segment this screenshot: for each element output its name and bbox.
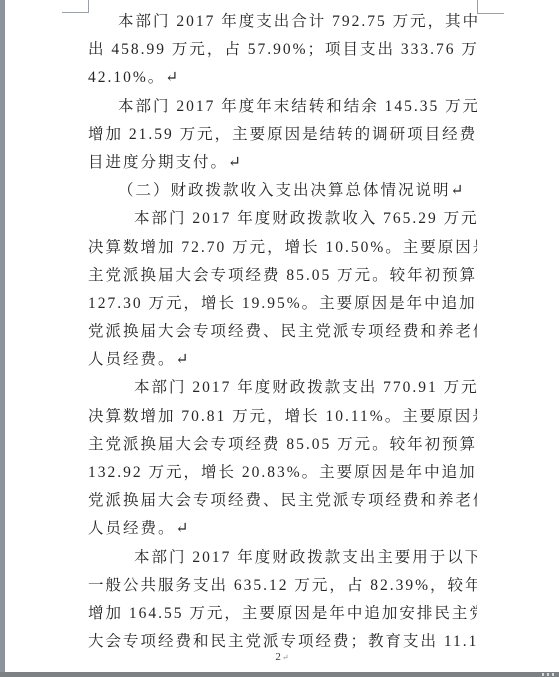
text-line: 增加 21.59 万元，主要原因是结转的调研项目经费按调研项 [88, 121, 477, 149]
section-heading: （二）财政拨款收入支出决算总体情况说明↵ [88, 177, 477, 205]
text-line: 42.10%。↵ [88, 64, 477, 92]
text-line: 本部门 2017 年度支出合计 792.75 万元，其中：基本支 [88, 8, 477, 36]
document-window: 本部门 2017 年度支出合计 792.75 万元，其中：基本支 出 458.9… [0, 0, 559, 677]
text-line: 增加 164.55 万元，主要原因是年中追加安排民主党派换届 [88, 600, 477, 628]
document-page[interactable]: 本部门 2017 年度支出合计 792.75 万元，其中：基本支 出 458.9… [88, 8, 477, 656]
text-line: 本部门 2017 年度财政拨款支出 770.91 万元，较上年 [88, 374, 477, 402]
page-footer: 2↵ [88, 650, 477, 665]
margin-crop-mark-top-left [62, 0, 89, 13]
text-line: 党派换届大会专项经费、民主党派专项经费和养老保险等 [88, 487, 477, 515]
text-line: 决算数增加 70.81 万元，增长 10.11%。主要原因是新增民 [88, 403, 477, 431]
text-line: 主党派换届大会专项经费 85.05 万元。较年初预算数增加 [88, 262, 477, 290]
text-line: 127.30 万元，增长 19.95%。主要原因是年中追加安排民主 [88, 290, 477, 318]
text-line: 人员经费。↵ [88, 515, 477, 543]
text-line: 出 458.99 万元，占 57.90%；项目支出 333.76 万元，占 [88, 36, 477, 64]
text-line: 党派换届大会专项经费、民主党派专项经费和养老保险等 [88, 318, 477, 346]
text-line: 本部门 2017 年度财政拨款收入 765.29 万元，较上年 [88, 205, 477, 233]
window-bottom-bar [0, 672, 559, 677]
text-line: 132.92 万元，增长 20.83%。主要原因是年中追加安排民主 [88, 459, 477, 487]
resize-grip-icon [542, 673, 556, 676]
text-line: 目进度分期支付。↵ [88, 149, 477, 177]
margin-crop-mark-top-right [477, 0, 504, 14]
text-line: 主党派换届大会专项经费 85.05 万元。较年初预算数增加 [88, 431, 477, 459]
window-edge-strip [0, 0, 5, 677]
text-line: 决算数增加 72.70 万元，增长 10.50%。主要原因是新增民 [88, 234, 477, 262]
paragraph-mark-icon: ↵ [282, 653, 290, 662]
text-line: 人员经费。↵ [88, 346, 477, 374]
text-line: 本部门 2017 年度年末结转和结余 145.35 万元，较上年 [88, 93, 477, 121]
text-line: 一般公共服务支出 635.12 万元，占 82.39%，较年初预算数 [88, 572, 477, 600]
text-line: 本部门 2017 年度财政拨款支出主要用于以下方面： [88, 544, 477, 572]
